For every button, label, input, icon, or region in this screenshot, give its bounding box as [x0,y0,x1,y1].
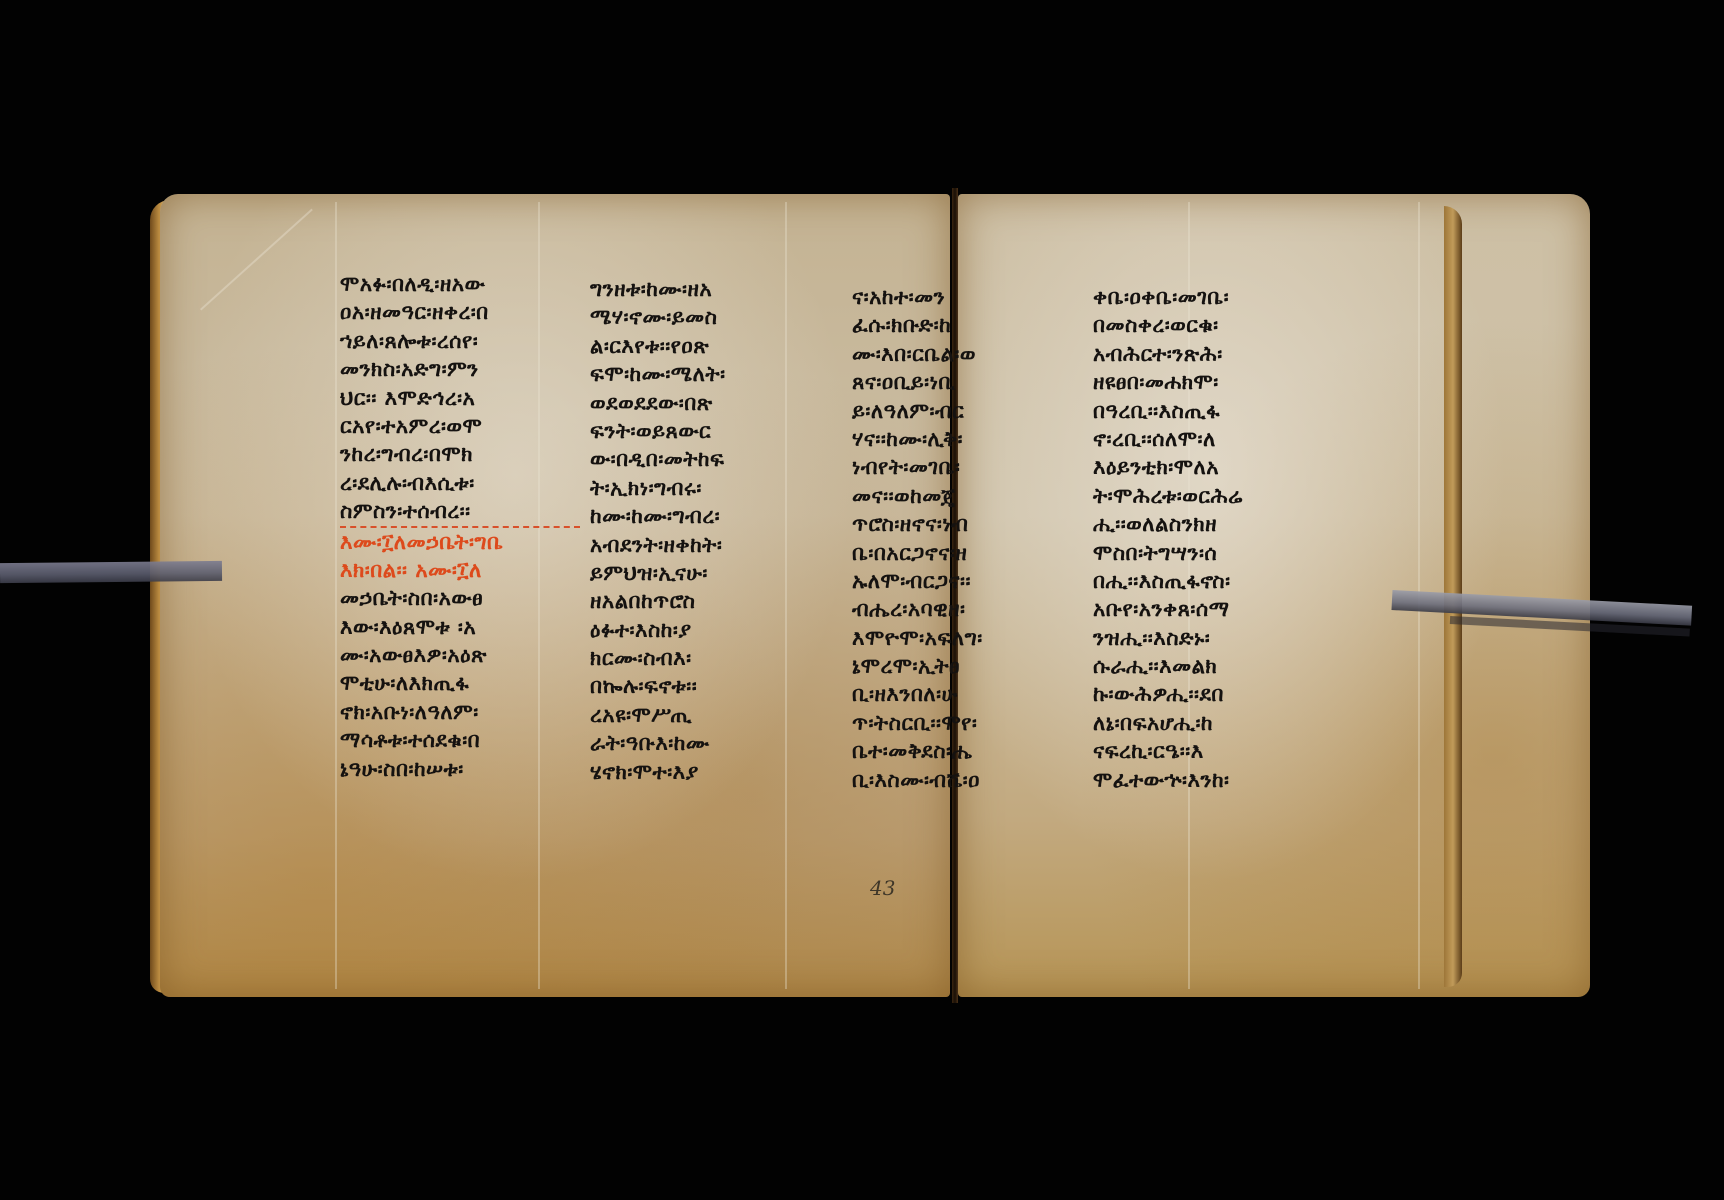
text-line: ረአዩ፡ሞሥጢ [590,701,830,729]
text-line: ይምህዝ፡ኢናሁ፡ [590,559,830,587]
text-line-rubric-divider: ስምስን፡ተሰብረ፡፡ [340,497,580,527]
text-line: ማሳቶቱ፡ተሰደቁ፡በ [340,726,580,754]
text-line: ሱራሒ፡፡እመልክ [1093,652,1333,680]
text-line: ሄኖክ፡ሞተ፡እያ [590,758,830,786]
text-line: አብደንት፡ዘቀከት፡ [590,531,830,559]
text-line: ሃና፡፡ከሙ፡ሊቅ፡ [852,425,1092,453]
text-line: ኔሞረሞ፡ኢትፀ [852,652,1092,680]
text-line: ል፡ርእየቱ፡፡የዐጽ [590,332,830,360]
text-line: አብሕርተ፡ንጽሕ፡ [1093,340,1333,368]
text-line: ሞስበ፡ትግሣን፡ሰ [1093,539,1333,567]
text-line: ሜሃ፡ኖሙ፡ይመስ [590,303,830,331]
text-column-2: ግንዘቱ፡ከሙ፡ዘአ ሜሃ፡ኖሙ፡ይመስ ል፡ርእየቱ፡፡የዐጽ ፍሞ፡ከሙ፡ሜ… [590,275,830,786]
text-line: ና፡አከተ፡መን [852,283,1092,311]
text-line: ቤ፡በአርጋኖና፡ዘ [852,539,1092,567]
text-line: ራት፡ዓቡእ፡ከሙ [590,729,830,757]
text-column-4: ቀቤ፡ዐቀቤ፡መገቤ፡ በመስቀረ፡ወርቁ፡ አብሕርተ፡ንጽሕ፡ ዘዩፀበ፡መ… [1093,283,1333,794]
text-line: ት፡ኢክነ፡ግብሩ፡ [590,474,830,502]
text-line: መንክስ፡አድግ፡ምን [340,355,580,383]
text-line: ብሔረ፡አባዊዘ፡ [852,595,1092,623]
text-line: ዘዩፀበ፡መሐክሞ፡ [1093,368,1333,396]
text-line: ኖክ፡አቡነ፡ለዓለም፡ [340,698,580,726]
text-line: ረ፡ደሊሉ፡ብእሲቱ፡ [340,469,580,497]
text-line: ዘአልበከጥሮስ [590,587,830,615]
text-line: ጥሮስ፡ዘኖና፡ነብ [852,510,1092,538]
text-line: መኃቤት፡ስበ፡አውፀ [340,584,580,612]
text-line: ቢ፡ዘእንበለ፡ሁ [852,680,1092,708]
text-line: ጥ፡ትስርቢ፡፡ሞየ፡ [852,709,1092,737]
text-line: አቡየ፡አንቀጸ፡ሰማ [1093,595,1333,623]
text-line: ቀቤ፡ዐቀቤ፡መገቤ፡ [1093,283,1333,311]
text-line: ሞአፉ፡በለዲ፡ዘአው [340,270,580,298]
text-line: ናፍረኪ፡ርዔ፡፡እ [1093,737,1333,765]
rubric-line: እክ፡በል፡፡ አሙ፡፲ለ [340,556,580,584]
text-line: ቢ፡እስሙ፡ብሼ፡ዐ [852,766,1092,794]
rubric-line: እሙ፡፲ለመኃቤት፡ግቤ [340,528,580,556]
text-line: ርአየ፡ተአምረ፡ወሞ [340,412,580,440]
text-line: በኰሉ፡ፍኖቱ፡፡ [590,672,830,700]
text-line: ሞቲሁ፡ለእክጢፋ [340,669,580,697]
text-line: ዕፉተ፡እስከ፡ያ [590,616,830,644]
text-line: ግንዘቱ፡ከሙ፡ዘአ [590,275,830,303]
text-line: ሒ፡፡ወለልስንክዘ [1093,510,1333,538]
folio-pencil-mark: 43 [870,876,895,900]
text-line: ንከረ፡ግብረ፡በሞክ [340,440,580,468]
text-line: በመስቀረ፡ወርቁ፡ [1093,311,1333,339]
text-line: ንዝሒ፡፡እስድኑ፡ [1093,624,1333,652]
text-line: ፍሞ፡ከሙ፡ሜለት፡ [590,360,830,388]
text-line: እው፡እዕጸሞቱ ፡አ [340,613,580,641]
text-line: ት፡ሞሕረቱ፡ወርሕሬ [1093,482,1333,510]
text-line: መና፡፡ወከመጄ [852,482,1092,510]
text-line: ኀይለ፡ጸሎቱ፡ረሰየ፡ [340,327,580,355]
text-line: እዕይንቲክ፡ሞለአ [1093,453,1333,481]
text-line: ነብየት፡መገቤ፡ [852,453,1092,481]
text-line: ቤተ፡መቅደስ፡ሔ [852,737,1092,765]
text-column-1: ሞአፉ፡በለዲ፡ዘአው ዐአ፡ዘመዓር፡ዘቀረ፡በ ኀይለ፡ጸሎቱ፡ረሰየ፡ መ… [340,270,580,783]
text-line: ክርሙ፡ስብእ፡ [590,644,830,672]
column-ruling [335,202,337,989]
text-line: ፈሱ፡ክቡድ፡ከ [852,311,1092,339]
text-line: ኖ፡ረቢ፡፡ሰለሞ፡ለ [1093,425,1333,453]
text-line: ወደወደደው፡በጽ [590,389,830,417]
text-line: ህር፡፡ እሞድኅረ፡አ [340,384,580,412]
text-line: ሙ፡እበ፡ርቤል፡ወ [852,340,1092,368]
corner-crease [200,209,313,311]
text-line: ው፡በዲበ፡መትከፍ [590,445,830,473]
text-line: ዐአ፡ዘመዓር፡ዘቀረ፡በ [340,298,580,326]
text-line: በዓረቢ፡፡እስጢፋ [1093,397,1333,425]
text-line: ኡለሞ፡ብርጋና፡፡ [852,567,1092,595]
text-line: ኩ፡ውሕዎሒ፡፡ደበ [1093,680,1333,708]
text-line: ይ፡ለዓለም፡ብር [852,397,1092,425]
text-line: ፍንት፡ወይጸውር [590,417,830,445]
black-background: ሞአፉ፡በለዲ፡ዘአው ዐአ፡ዘመዓር፡ዘቀረ፡በ ኀይለ፡ጸሎቱ፡ረሰየ፡ መ… [0,0,1724,1200]
left-mounting-strip [0,561,222,583]
text-line: ሙ፡አውፀእዎ፡አዕጽ [340,641,580,669]
text-line: ጸና፡ዐቢይ፡ነቢ [852,368,1092,396]
text-column-3: ና፡አከተ፡መን ፈሱ፡ክቡድ፡ከ ሙ፡እበ፡ርቤል፡ወ ጸና፡ዐቢይ፡ነቢ ይ… [852,283,1092,794]
text-line: ከሙ፡ከሙ፡ግብረ፡ [590,502,830,530]
text-line: እሞዮሞ፡አፍለግ፡ [852,624,1092,652]
text-line: በሒ፡፡እስጢፋኖስ፡ [1093,567,1333,595]
text-line: ኔዓሁ፡ስበ፡ከሠቱ፡ [340,755,580,783]
text-line: ሞፈተውኍ፡እንከ፡ [1093,766,1333,794]
text-line: ለኔ፡በፍአሆሒ፡ከ [1093,709,1333,737]
